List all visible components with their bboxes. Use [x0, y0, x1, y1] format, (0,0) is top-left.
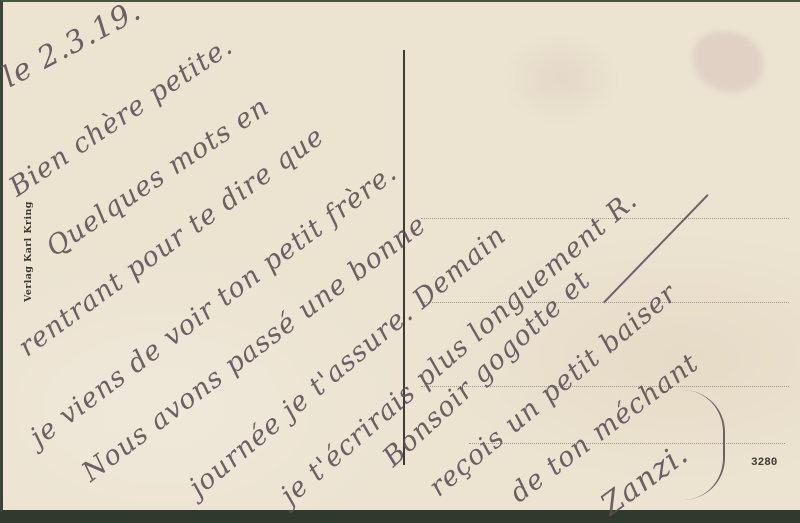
handwritten-signature: Zanzi.: [594, 436, 695, 513]
signature-tail-flourish: [683, 390, 725, 500]
postcard-back: Verlag Karl Kring 3280 le 2.3.19. Bien c…: [0, 0, 800, 513]
handwritten-line-10: de ton méchant: [504, 347, 704, 509]
address-line-4: [469, 443, 785, 444]
serial-number: 3280: [751, 457, 777, 469]
handwritten-date: le 2.3.19.: [0, 0, 147, 95]
publisher-imprint: Verlag Karl Kring: [23, 201, 34, 302]
ink-stain: [693, 32, 763, 92]
